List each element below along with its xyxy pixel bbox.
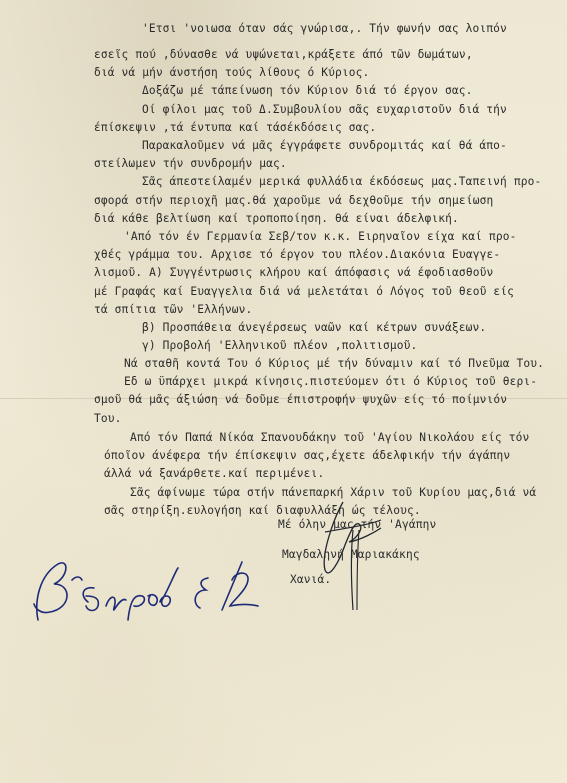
letter-line: όποῖον άνέφερα τήν έπίσκεψιν σας,έχετε ά… [104, 449, 510, 463]
letter-line: Σᾶς άφίνωμε τώρα στήν πάνεπαρκή Χάριν το… [130, 486, 536, 500]
letter-line: τά σπίτια τῶν 'Ελλήνων. [94, 303, 252, 317]
letter-line: γ) Προβολή 'Ελληνικοῦ πλέον ,πολιτισμοῦ. [142, 339, 417, 353]
letter-line: Εδ ω ϋπάρχει μικρά κίνησις.πιστεύομεν ότ… [124, 375, 537, 389]
letter-line: Δοξάζω μέ τάπείνωση τόν Κύριον διά τό έρ… [142, 84, 473, 98]
handwritten-note-text: Β΄ περιοδ δ/2 [10, 550, 18, 551]
letter-line: 'Ετσι 'νοιωσα όταν σάς γνώρισα,. Τήν φων… [142, 22, 507, 36]
letter-line: Από τόν Παπά Νίκόα Σπανουδάκην τοῦ 'Αγίο… [130, 431, 529, 445]
letter-line: 'Από τόν έν Γερμανία Σεβ/τον κ.κ. Ειρηνα… [124, 230, 516, 244]
handwritten-signature-icon [315, 500, 395, 610]
letter-line: Παρακαλοῦμεν νά μᾶς έγγράφετε συνδρομιτά… [142, 139, 507, 153]
letter-line: μέ Γραφάς καί Ευαγγελια διά νά μελετάται… [94, 285, 514, 299]
letter-line: διά νά μήν άνστήση τούς λίθους ό Κύριος. [94, 66, 369, 80]
letter-line: διά κάθε βελτίωση καί τροποποίηση. θά εί… [94, 212, 459, 226]
letter-line: σμοῦ θά μᾶς άξιώση νά δοῦμε έπιστροφήν ψ… [94, 393, 507, 407]
letter-line: έπίσκεψιν ,τά έντυπα καί τάσέκδόσεις σας… [94, 121, 376, 135]
letter-page: 'Ετσι 'νοιωσα όταν σάς γνώρισα,. Τήν φων… [0, 0, 567, 783]
letter-line: λισμοῦ. Α) Συγγέντρωσις κλήρου καί άπόφα… [94, 266, 493, 280]
letter-line: άλλά νά ξανάρθετε.καί περιμένει. [104, 467, 324, 481]
letter-line: Νά σταθῆ κοντά Του ό Κύριος μέ τήν δύναμ… [124, 357, 544, 371]
letter-line: στείλωμεν τήν συνδρομήν μας. [94, 157, 287, 171]
letter-line: εσεῖς πού ,δύνασθε νά υψώνεται,κράξετε ά… [94, 48, 473, 62]
letter-line: χθές γράμμα του. Αρχισε τό έργον του πλέ… [94, 248, 500, 262]
letter-line: β) Προσπάθεια άνεγέρσεως ναῶν καί κέτρων… [142, 321, 486, 335]
handwritten-note-icon: Β΄ περιοδ δ/2 [10, 550, 270, 640]
letter-line: Του. [94, 412, 122, 426]
letter-line: σφορά στήν περιοχῆ μας.θά χαροῦμε νά δεχ… [94, 194, 493, 208]
letter-line: Οί φίλοι μας τοῦ Δ.Συμβουλίου σᾶς ευχαρι… [142, 103, 507, 117]
letter-line: Σᾶς άπεστείλαμέν μερικά φυλλάδια έκδόσεω… [142, 175, 541, 189]
